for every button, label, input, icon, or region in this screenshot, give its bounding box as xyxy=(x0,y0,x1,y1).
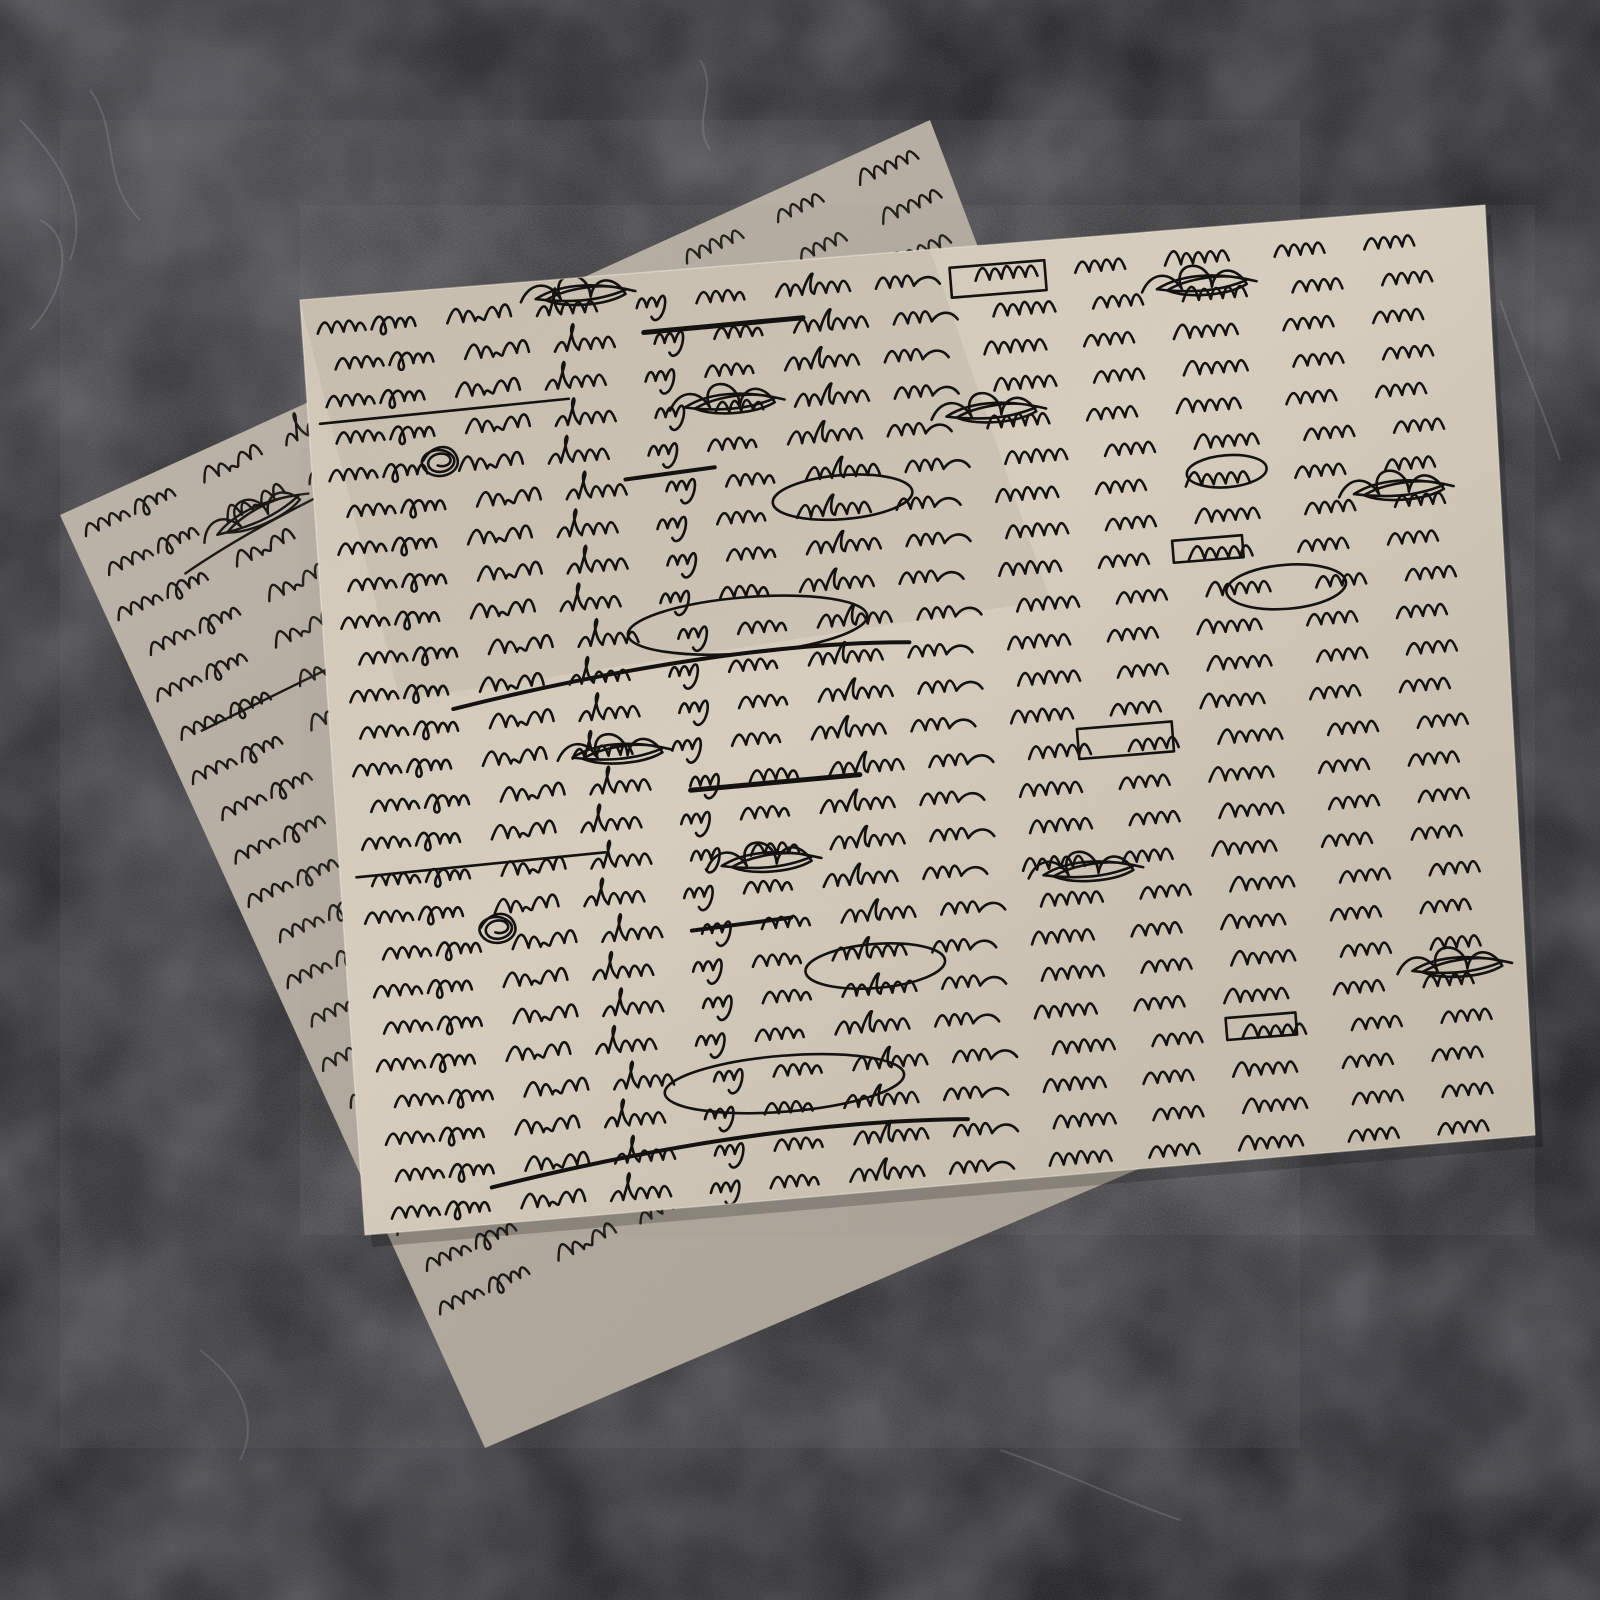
photo-scene: Two sheets of translucent parchment-styl… xyxy=(0,0,1600,1600)
paper-sheets xyxy=(0,0,1600,1600)
front-sheet xyxy=(300,205,1535,1235)
